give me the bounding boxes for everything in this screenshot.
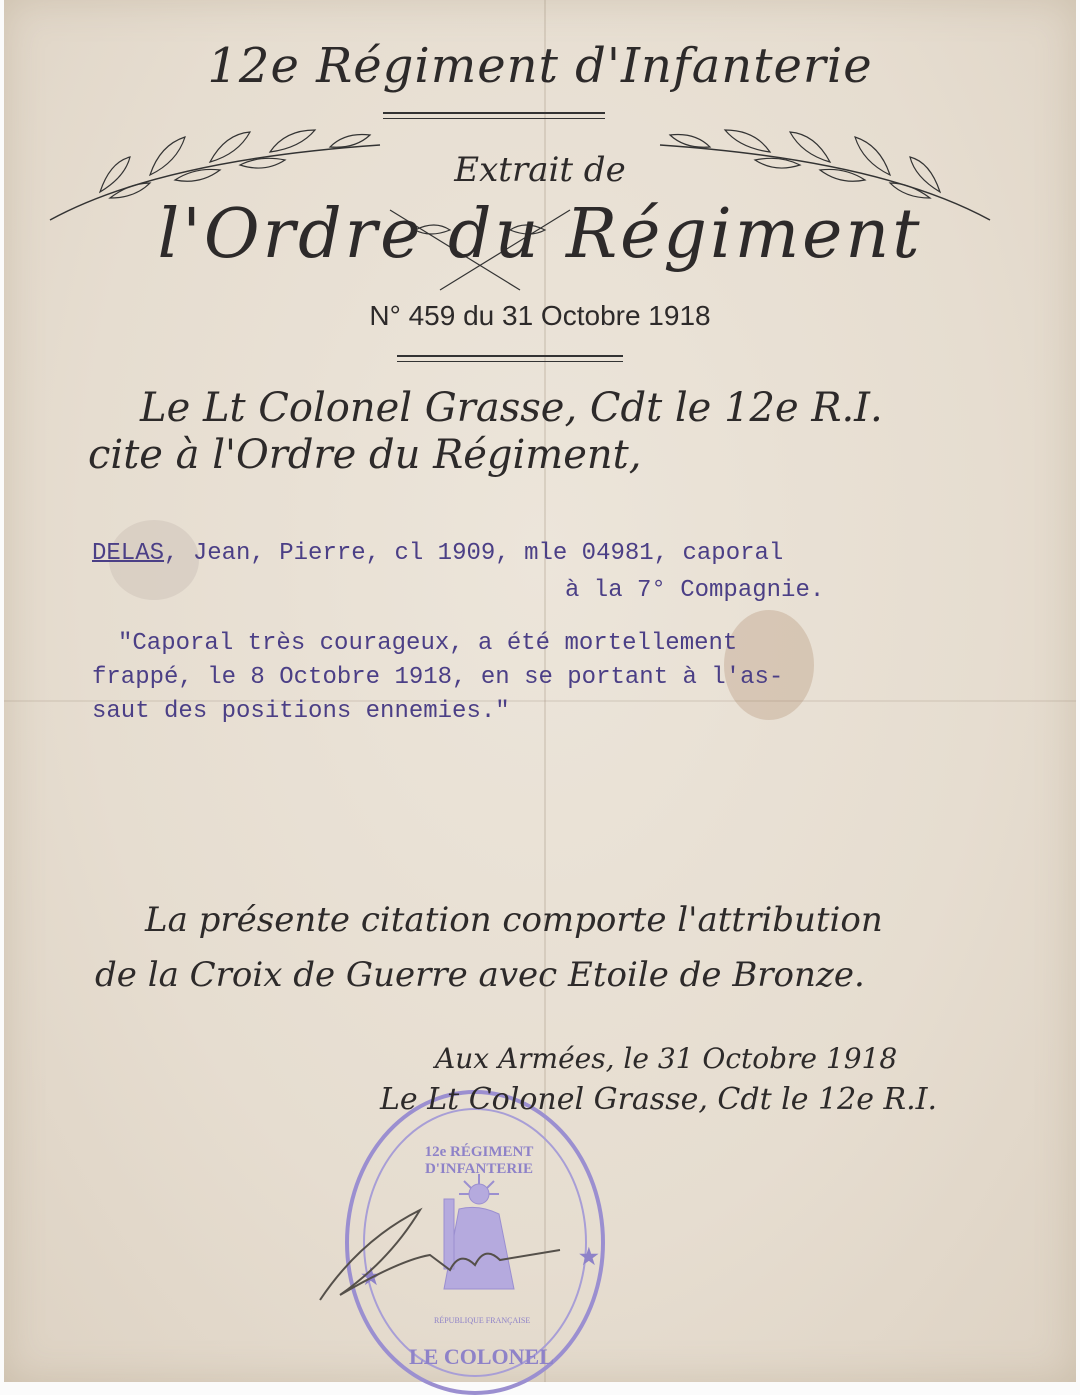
soldier-details-line-2: à la 7° Compagnie. — [565, 577, 824, 604]
citation-intro-line-2: cite à l'Ordre du Régiment, — [88, 432, 641, 478]
ordre-heading: l'Ordre du Régiment — [0, 195, 1080, 274]
citation-text-line-3: saut des positions ennemies." — [92, 698, 510, 725]
regiment-title: 12e Régiment d'Infanterie — [0, 38, 1080, 94]
order-number-date: N° 459 du 31 Octobre 1918 — [0, 300, 1080, 332]
soldier-details: , Jean, Pierre, cl 1909, mle 04981, capo… — [164, 540, 783, 567]
extrait-heading: Extrait de — [0, 150, 1080, 190]
citation-text-line-1: "Caporal très courageux, a été mortellem… — [118, 630, 737, 657]
section-divider-rule — [397, 355, 623, 357]
citation-text-line-2: frappé, le 8 Octobre 1918, en se portant… — [92, 664, 783, 691]
stamp-bottom-text: LE COLONEL — [409, 1344, 554, 1370]
award-line-1: La présente citation comporte l'attribut… — [145, 900, 883, 940]
award-line-2: de la Croix de Guerre avec Etoile de Bro… — [95, 955, 865, 995]
stamp-center-text: RÉPUBLIQUE FRANÇAISE — [434, 1316, 530, 1325]
signer-title: Le Lt Colonel Grasse, Cdt le 12e R.I. — [380, 1082, 937, 1117]
soldier-details-line-1: DELAS, Jean, Pierre, cl 1909, mle 04981,… — [92, 540, 783, 567]
section-divider-rule-2 — [397, 361, 623, 362]
star-right-icon: ★ — [579, 1244, 599, 1270]
place-and-date: Aux Armées, le 31 Octobre 1918 — [435, 1042, 897, 1075]
handwritten-signature-icon — [300, 1200, 580, 1310]
citation-intro-line-1: Le Lt Colonel Grasse, Cdt le 12e R.I. — [140, 385, 883, 431]
title-underline-rule — [383, 112, 605, 114]
soldier-name: DELAS — [92, 540, 164, 567]
title-underline-rule-2 — [383, 118, 605, 119]
